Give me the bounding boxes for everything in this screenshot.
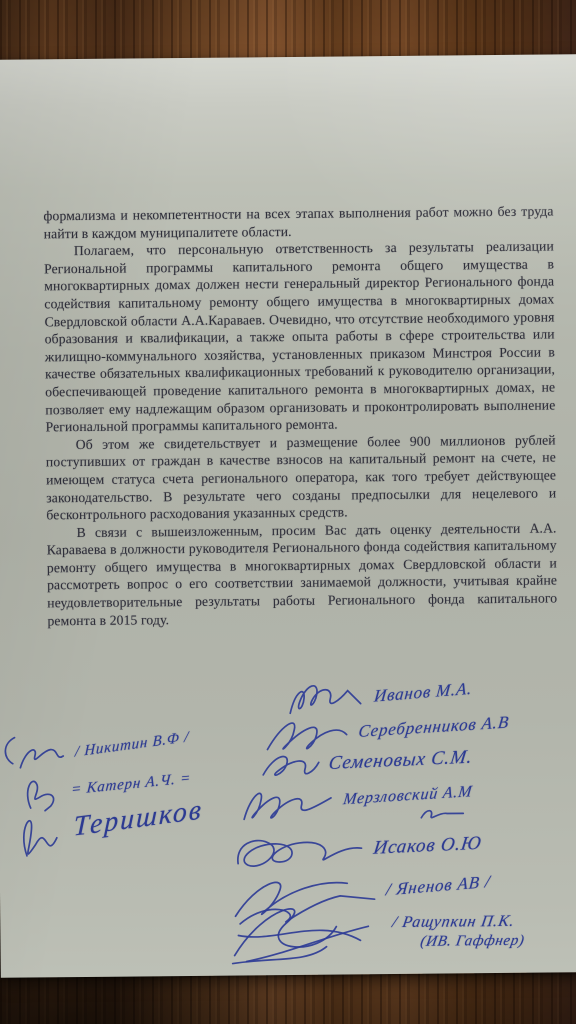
signature-name: Теришков xyxy=(73,794,204,844)
signature-name: Семеновых С.М. xyxy=(327,746,474,775)
signature-names: / Ращупкин П.К. (ИВ. Гаффнер) xyxy=(392,912,524,950)
signature-scribble xyxy=(12,801,69,863)
signature-name: (ИВ. Гаффнер) xyxy=(419,932,526,950)
signature-small-scribble xyxy=(419,805,465,821)
document-sheet: формализма и некомпетентности на всех эт… xyxy=(0,54,576,978)
signature-scribble xyxy=(226,896,385,970)
signature-name: Серебренников А.В xyxy=(357,712,510,742)
paragraph-formalism: формализма и некомпетентности на всех эт… xyxy=(43,202,553,242)
paragraph-900-million: Об этом же свидетельствует и размещение … xyxy=(46,431,557,524)
signature-name: / Ращупкин П.К. xyxy=(391,912,526,931)
paragraph-responsibility: Полагаем, что персональную ответственнос… xyxy=(44,238,556,436)
signature-name: Исаков О.Ю xyxy=(372,833,483,860)
signature-row-gaffner: / Ращупкин П.К. (ИВ. Гаффнер) xyxy=(226,895,525,970)
signature-scribble xyxy=(260,746,322,785)
signature-scribble xyxy=(419,805,465,821)
signature-name: Иванов М.А. xyxy=(373,679,473,707)
letter-body: формализма и некомпетентности на всех эт… xyxy=(43,202,557,629)
signature-name: / Никитин В.Ф / xyxy=(75,729,190,761)
signature-scribble xyxy=(238,780,336,828)
paragraph-conclusion: В связи с вышеизложенным, просим Вас дат… xyxy=(46,519,557,629)
